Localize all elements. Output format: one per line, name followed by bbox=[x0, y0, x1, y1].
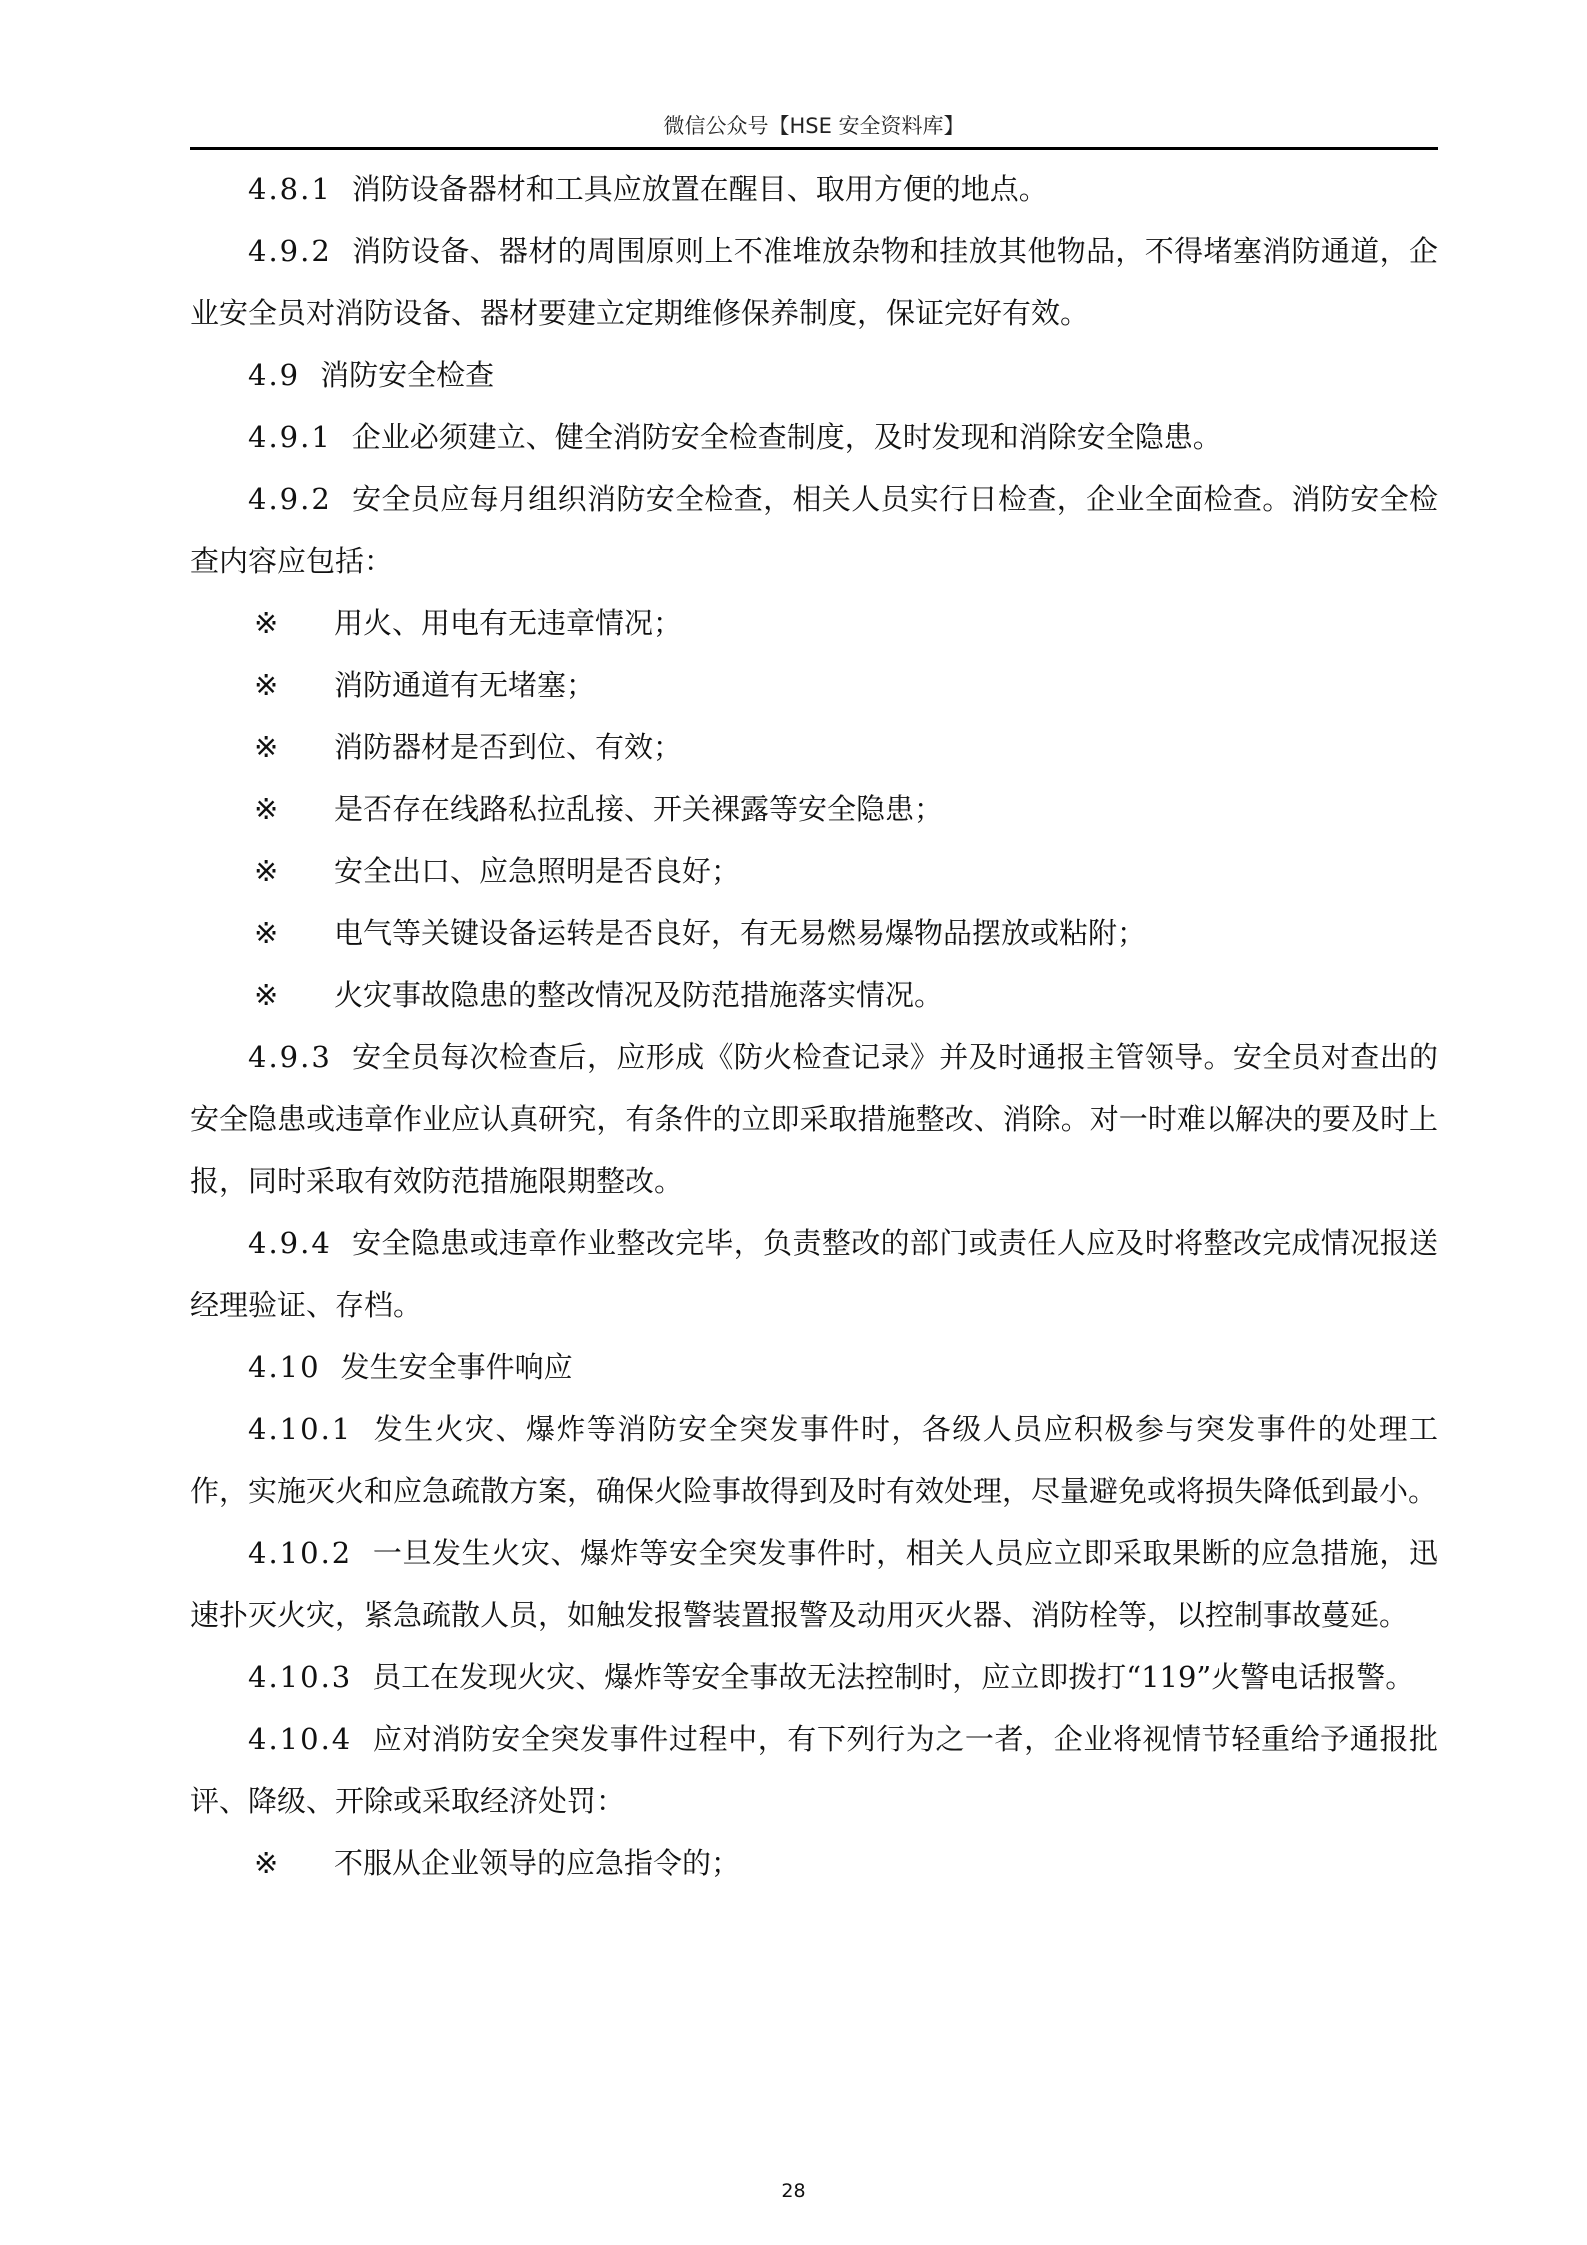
list-item: ※不服从企业领导的应急指令的； bbox=[190, 1832, 1438, 1894]
list-item: ※电气等关键设备运转是否良好，有无易燃易爆物品摆放或粘附； bbox=[190, 902, 1438, 964]
clause-text: 安全隐患或违章作业整改完毕，负责整改的部门或责任人应及时将整改完成情况报送经理验… bbox=[190, 1226, 1438, 1322]
clause-number: 4.9.1 bbox=[248, 420, 332, 454]
section-title: 消防安全检查 bbox=[320, 358, 494, 392]
reference-mark-icon: ※ bbox=[254, 716, 334, 778]
section-heading-4-9: 4.9消防安全检查 bbox=[190, 344, 1438, 406]
clause-4-10-2: 4.10.2一旦发生火灾、爆炸等安全突发事件时，相关人员应立即采取果断的应急措施… bbox=[190, 1522, 1438, 1646]
list-item-text: 用火、用电有无违章情况； bbox=[334, 606, 682, 640]
clause-number: 4.10.4 bbox=[248, 1722, 352, 1756]
reference-mark-icon: ※ bbox=[254, 654, 334, 716]
clause-text: 一旦发生火灾、爆炸等安全突发事件时，相关人员应立即采取果断的应急措施，迅速扑灭火… bbox=[190, 1536, 1438, 1632]
clause-4-10-1: 4.10.1发生火灾、爆炸等消防安全突发事件时，各级人员应积极参与突发事件的处理… bbox=[190, 1398, 1438, 1522]
list-item-text: 电气等关键设备运转是否良好，有无易燃易爆物品摆放或粘附； bbox=[334, 916, 1146, 950]
clause-number: 4.10.1 bbox=[248, 1412, 352, 1446]
clause-4-9-2-inspection: 4.9.2安全员应每月组织消防安全检查，相关人员实行日检查，企业全面检查。消防安… bbox=[190, 468, 1438, 592]
clause-text: 安全员每次检查后，应形成《防火检查记录》并及时通报主管领导。安全员对查出的安全隐… bbox=[190, 1040, 1438, 1198]
reference-mark-icon: ※ bbox=[254, 778, 334, 840]
reference-mark-icon: ※ bbox=[254, 592, 334, 654]
list-item: ※火灾事故隐患的整改情况及防范措施落实情况。 bbox=[190, 964, 1438, 1026]
reference-mark-icon: ※ bbox=[254, 964, 334, 1026]
list-item-text: 安全出口、应急照明是否良好； bbox=[334, 854, 740, 888]
clause-4-9-4: 4.9.4安全隐患或违章作业整改完毕，负责整改的部门或责任人应及时将整改完成情况… bbox=[190, 1212, 1438, 1336]
list-item: ※消防器材是否到位、有效； bbox=[190, 716, 1438, 778]
list-item: ※用火、用电有无违章情况； bbox=[190, 592, 1438, 654]
list-item: ※是否存在线路私拉乱接、开关裸露等安全隐患； bbox=[190, 778, 1438, 840]
clause-4-9-1: 4.9.1企业必须建立、健全消防安全检查制度，及时发现和消除安全隐患。 bbox=[190, 406, 1438, 468]
clause-4-9-3: 4.9.3安全员每次检查后，应形成《防火检查记录》并及时通报主管领导。安全员对查… bbox=[190, 1026, 1438, 1212]
clause-4-9-2-equipment: 4.9.2消防设备、器材的周围原则上不准堆放杂物和挂放其他物品，不得堵塞消防通道… bbox=[190, 220, 1438, 344]
clause-number: 4.8.1 bbox=[248, 172, 332, 206]
section-number: 4.9 bbox=[248, 358, 300, 392]
clause-number: 4.9.4 bbox=[248, 1226, 332, 1260]
clause-number: 4.10.2 bbox=[248, 1536, 352, 1570]
clause-number: 4.9.2 bbox=[248, 482, 332, 516]
clause-4-10-4: 4.10.4应对消防安全突发事件过程中，有下列行为之一者，企业将视情节轻重给予通… bbox=[190, 1708, 1438, 1832]
page-header: 微信公众号【HSE 安全资料库】 bbox=[190, 110, 1438, 148]
section-title: 发生安全事件响应 bbox=[341, 1350, 573, 1384]
document-body: 4.8.1消防设备器材和工具应放置在醒目、取用方便的地点。 4.9.2消防设备、… bbox=[190, 158, 1438, 1894]
reference-mark-icon: ※ bbox=[254, 902, 334, 964]
clause-4-10-3: 4.10.3员工在发现火灾、爆炸等安全事故无法控制时，应立即拨打“119”火警电… bbox=[190, 1646, 1438, 1708]
clause-number: 4.9.2 bbox=[248, 234, 332, 268]
clause-text: 安全员应每月组织消防安全检查，相关人员实行日检查，企业全面检查。消防安全检查内容… bbox=[190, 482, 1438, 578]
clause-number: 4.10.3 bbox=[248, 1660, 352, 1694]
page-number: 28 bbox=[0, 2180, 1587, 2202]
reference-mark-icon: ※ bbox=[254, 840, 334, 902]
clause-text: 企业必须建立、健全消防安全检查制度，及时发现和消除安全隐患。 bbox=[352, 420, 1222, 454]
clause-text: 消防设备、器材的周围原则上不准堆放杂物和挂放其他物品，不得堵塞消防通道，企业安全… bbox=[190, 234, 1438, 330]
section-heading-4-10: 4.10发生安全事件响应 bbox=[190, 1336, 1438, 1398]
section-number: 4.10 bbox=[248, 1350, 321, 1384]
clause-4-8-1: 4.8.1消防设备器材和工具应放置在醒目、取用方便的地点。 bbox=[190, 158, 1438, 220]
header-divider bbox=[190, 147, 1438, 150]
reference-mark-icon: ※ bbox=[254, 1832, 334, 1894]
list-item: ※消防通道有无堵塞； bbox=[190, 654, 1438, 716]
clause-text: 应对消防安全突发事件过程中，有下列行为之一者，企业将视情节轻重给予通报批评、降级… bbox=[190, 1722, 1438, 1818]
list-item-text: 消防器材是否到位、有效； bbox=[334, 730, 682, 764]
clause-text: 消防设备器材和工具应放置在醒目、取用方便的地点。 bbox=[352, 172, 1048, 206]
clause-number: 4.9.3 bbox=[248, 1040, 332, 1074]
list-item-text: 消防通道有无堵塞； bbox=[334, 668, 595, 702]
clause-text: 员工在发现火灾、爆炸等安全事故无法控制时，应立即拨打“119”火警电话报警。 bbox=[372, 1660, 1414, 1694]
list-item: ※安全出口、应急照明是否良好； bbox=[190, 840, 1438, 902]
clause-text: 发生火灾、爆炸等消防安全突发事件时，各级人员应积极参与突发事件的处理工作，实施灭… bbox=[190, 1412, 1438, 1508]
list-item-text: 是否存在线路私拉乱接、开关裸露等安全隐患； bbox=[334, 792, 943, 826]
list-item-text: 不服从企业领导的应急指令的； bbox=[334, 1846, 740, 1880]
list-item-text: 火灾事故隐患的整改情况及防范措施落实情况。 bbox=[334, 978, 943, 1012]
document-page: 微信公众号【HSE 安全资料库】 4.8.1消防设备器材和工具应放置在醒目、取用… bbox=[0, 0, 1587, 2245]
